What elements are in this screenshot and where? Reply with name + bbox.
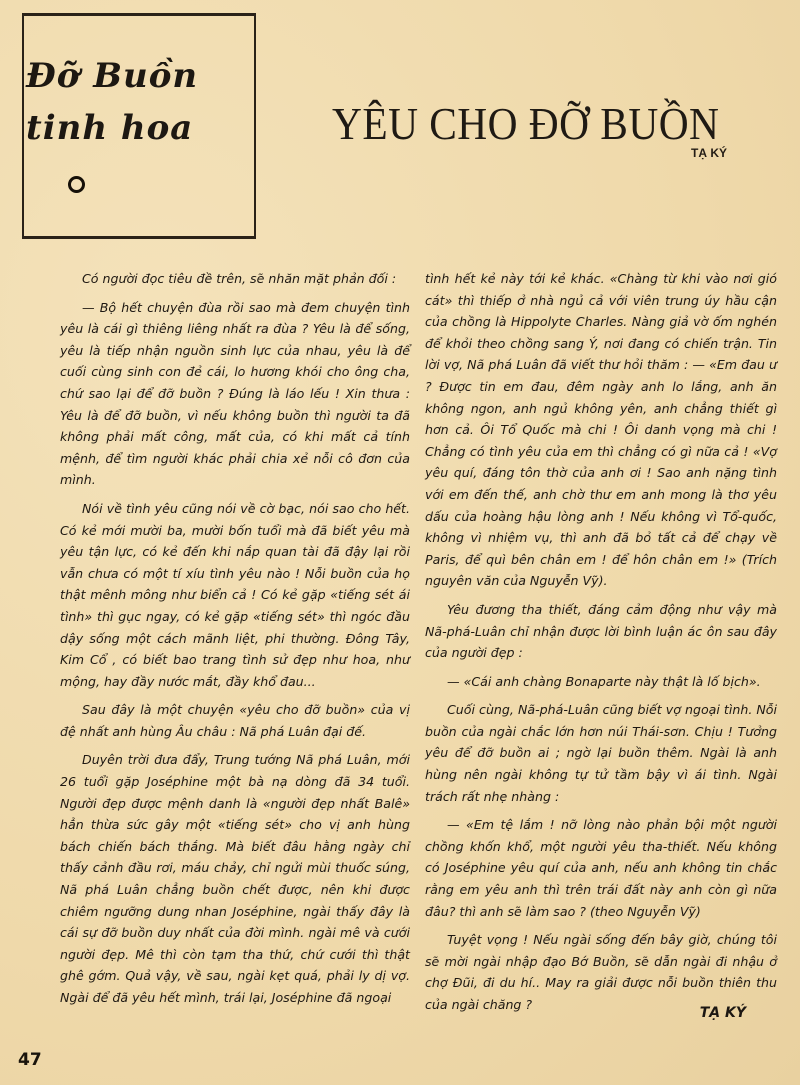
paragraph: Yêu đương tha thiết, đáng cảm động như v… [425, 599, 777, 664]
article-headline: YÊU CHO ĐỠ BUỒN [332, 97, 719, 150]
page-number: 47 [18, 1050, 42, 1070]
column-title: Đỡ Buồn tinh hoa [26, 50, 226, 154]
column-title-line2: tinh hoa [26, 102, 226, 154]
paragraph: Tuyệt vọng ! Nếu ngài sống đến bây giờ, … [425, 929, 777, 1015]
paragraph: — Bộ hết chuyện đùa rồi sao mà đem chuyệ… [60, 297, 410, 491]
paragraph: Duyên trời đưa đẩy, Trung tướng Nã phá L… [60, 749, 410, 1008]
circle-ornament-icon [68, 176, 85, 193]
column-title-line1: Đỡ Buồn [26, 50, 226, 102]
author-signature: TẠ KÝ [700, 1005, 746, 1021]
paragraph: Nói về tình yêu cũng nói về cờ bạc, nói … [60, 498, 410, 692]
article-left-column: Có người đọc tiêu đề trên, sẽ nhăn mặt p… [60, 268, 410, 1016]
paragraph: Có người đọc tiêu đề trên, sẽ nhăn mặt p… [60, 268, 410, 290]
paragraph: — «Cái anh chàng Bonaparte này thật là l… [425, 671, 777, 693]
paragraph: — «Em tệ lắm ! nỡ lòng nào phản bội một … [425, 814, 777, 922]
article-right-column: tình hết kẻ này tới kẻ khác. «Chàng từ k… [425, 268, 777, 1023]
paragraph: tình hết kẻ này tới kẻ khác. «Chàng từ k… [425, 268, 777, 592]
paragraph: Cuối cùng, Nã-phá-Luân cũng biết vợ ngoạ… [425, 699, 777, 807]
paragraph: Sau đây là một chuyện «yêu cho đỡ buồn» … [60, 699, 410, 742]
article-byline: TẠ KÝ [691, 146, 727, 160]
